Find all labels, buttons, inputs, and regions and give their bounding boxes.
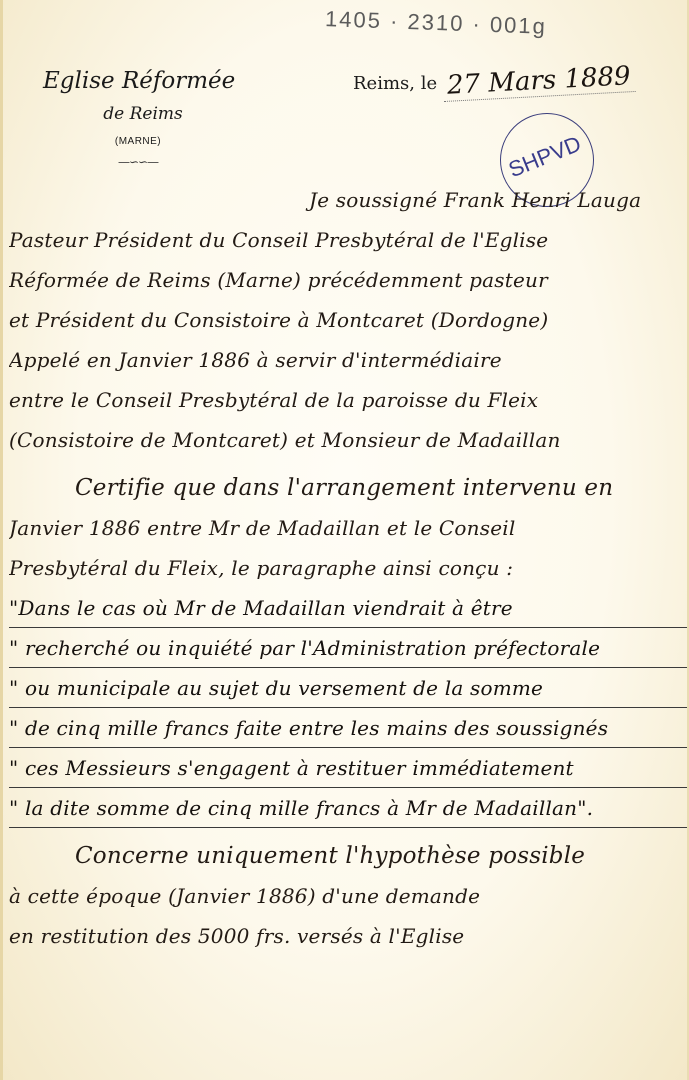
body-line: Réformée de Reims (Marne) précédemment p… xyxy=(9,260,689,300)
quoted-line: " la dite somme de cinq mille francs à M… xyxy=(9,788,689,828)
dateline: Reims, le 27 Mars 1889 xyxy=(353,66,635,97)
body-line: (Consistoire de Montcaret) et Monsieur d… xyxy=(9,420,689,460)
letterhead-department: (MARNE) xyxy=(43,136,233,147)
letter-page: 1405 · 2310 · 001g Eglise Réformée de Re… xyxy=(0,0,689,1080)
letter-body: Je soussigné Frank Henri Lauga Pasteur P… xyxy=(9,180,689,956)
quoted-line: " ces Messieurs s'engagent à restituer i… xyxy=(9,748,689,788)
quoted-line: " recherché ou inquiété par l'Administra… xyxy=(9,628,689,668)
body-line: entre le Conseil Presbytéral de la paroi… xyxy=(9,380,689,420)
letterhead-church-name: Eglise Réformée xyxy=(43,66,233,96)
body-line: Janvier 1886 entre Mr de Madaillan et le… xyxy=(9,508,689,548)
body-line: Pasteur Président du Conseil Presbytéral… xyxy=(9,220,689,260)
archive-reference-number: 1405 · 2310 · 001g xyxy=(325,6,548,40)
body-line: et Président du Consistoire à Montcaret … xyxy=(9,300,689,340)
letterhead: Eglise Réformée de Reims (MARNE) —∽∽— xyxy=(43,66,233,169)
body-paragraph-start: Certifie que dans l'arrangement interven… xyxy=(9,468,689,508)
body-paragraph-start: Concerne uniquement l'hypothèse possible xyxy=(9,836,689,876)
body-line: Je soussigné Frank Henri Lauga xyxy=(9,180,689,220)
stamp-text: SHPVD xyxy=(505,131,585,184)
quoted-line: " ou municipale au sujet du versement de… xyxy=(9,668,689,708)
quoted-line: "Dans le cas où Mr de Madaillan viendrai… xyxy=(9,588,689,628)
body-line: à cette époque (Janvier 1886) d'une dema… xyxy=(9,876,689,916)
letterhead-flourish-ornament: —∽∽— xyxy=(43,155,233,169)
body-line: Appelé en Janvier 1886 à servir d'interm… xyxy=(9,340,689,380)
dateline-place: Reims, le xyxy=(353,73,437,94)
quoted-line: " de cinq mille francs faite entre les m… xyxy=(9,708,689,748)
body-line: en restitution des 5000 frs. versés à l'… xyxy=(9,916,689,956)
body-line: Presbytéral du Fleix, le paragraphe ains… xyxy=(9,548,689,588)
dateline-date: 27 Mars 1889 xyxy=(443,61,636,102)
letterhead-city: de Reims xyxy=(53,104,233,124)
